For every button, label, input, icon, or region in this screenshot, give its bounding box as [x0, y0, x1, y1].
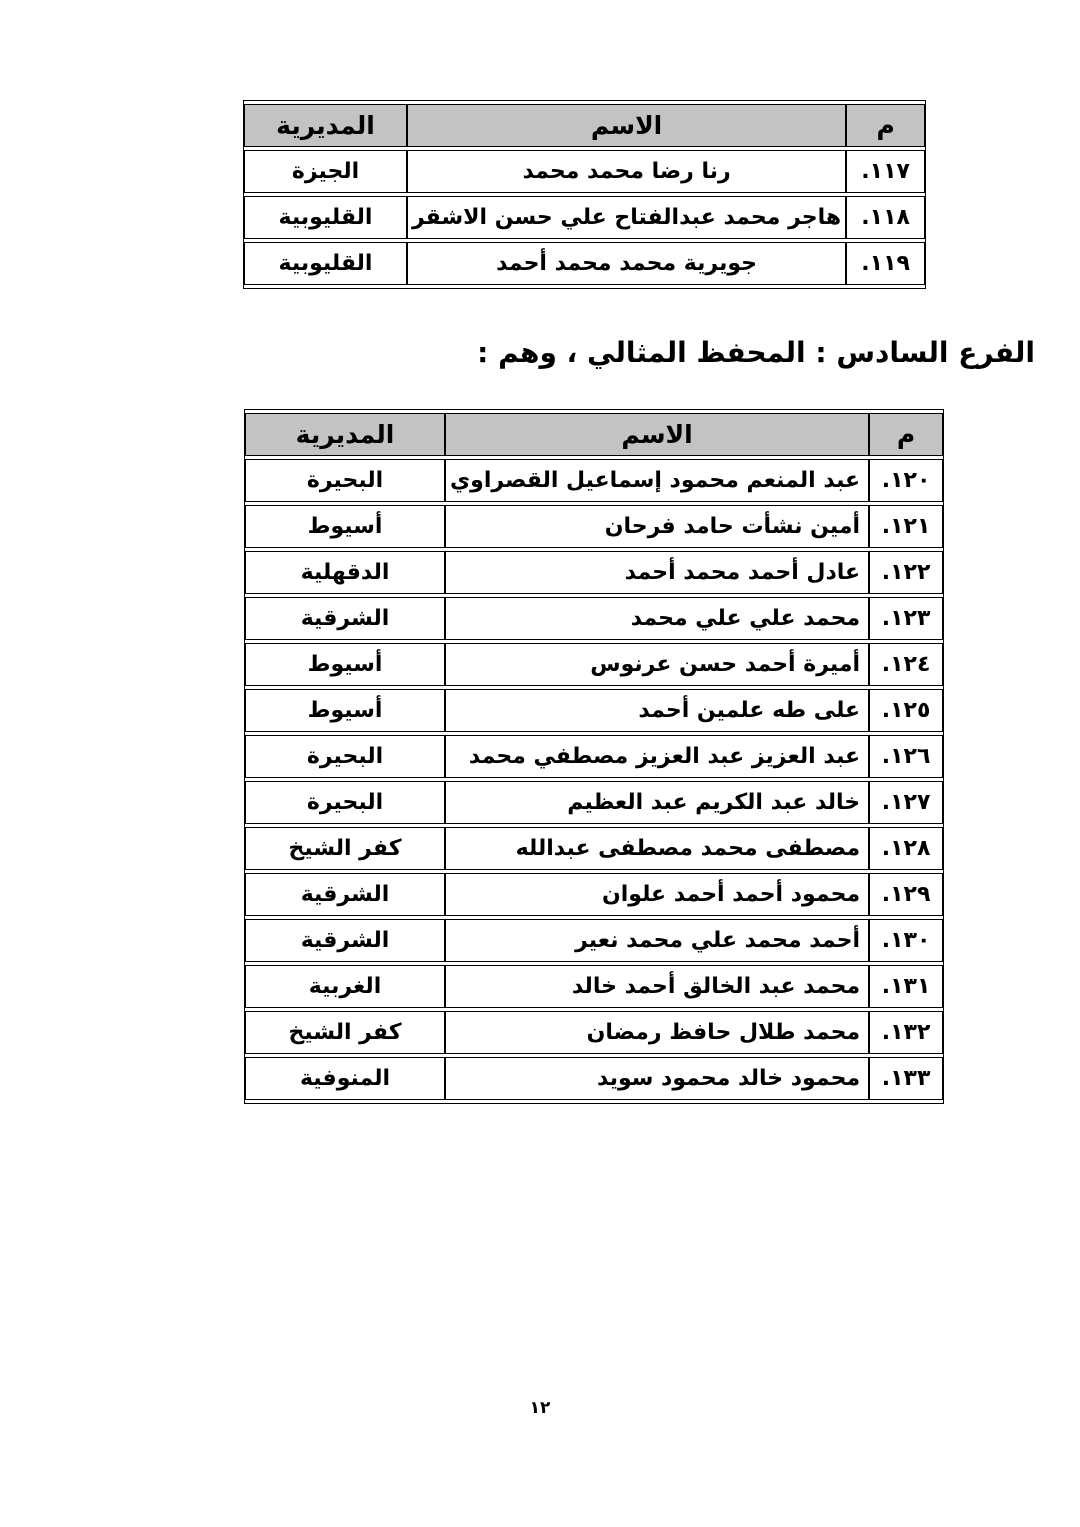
directorate-cell: كفر الشيخ [245, 827, 445, 870]
section-heading: الفرع السادس : المحفظ المثالي ، وهم : [477, 336, 1035, 369]
serial-cell: ١٣٠. [869, 919, 943, 962]
name-cell: عبد المنعم محمود إسماعيل القصراوي [445, 459, 869, 502]
directorate-cell: القليوبية [244, 242, 407, 285]
table-row: ١٢٠.عبد المنعم محمود إسماعيل القصراويالب… [245, 459, 943, 502]
serial-cell: ١٢٤. [869, 643, 943, 686]
table-row: ١٢٤.أميرة أحمد حسن عرنوسأسيوط [245, 643, 943, 686]
table-row: ١٣٠.أحمد محمد علي محمد نعيرالشرقية [245, 919, 943, 962]
table-row: ١٣٢.محمد طلال حافظ رمضانكفر الشيخ [245, 1011, 943, 1054]
document-page: م الاسم المديرية ١١٧.رنا رضا محمد محمدال… [0, 0, 1080, 1527]
serial-cell: ١٣٢. [869, 1011, 943, 1054]
serial-cell: ١٣١. [869, 965, 943, 1008]
serial-cell: ١٢٦. [869, 735, 943, 778]
serial-cell: ١٢٢. [869, 551, 943, 594]
serial-cell: ١٢٥. [869, 689, 943, 732]
roster-table-lower: م الاسم المديرية ١٢٠.عبد المنعم محمود إس… [244, 409, 944, 1104]
page-number: ١٢ [0, 1398, 1080, 1418]
serial-cell: ١١٧. [846, 150, 925, 193]
directorate-column-header: المديرية [245, 413, 445, 456]
roster-table-upper-body: ١١٧.رنا رضا محمد محمدالجيزة١١٨.هاجر محمد… [244, 150, 925, 285]
header-row: م الاسم المديرية [244, 104, 925, 147]
table-row: ١٣٣.محمود خالد محمود سويدالمنوفية [245, 1057, 943, 1100]
directorate-cell: البحيرة [245, 781, 445, 824]
name-cell: على طه علمين أحمد [445, 689, 869, 732]
table-row: ١١٧.رنا رضا محمد محمدالجيزة [244, 150, 925, 193]
directorate-cell: أسيوط [245, 643, 445, 686]
table-row: ١٢٣.محمد علي علي محمدالشرقية [245, 597, 943, 640]
directorate-cell: كفر الشيخ [245, 1011, 445, 1054]
name-cell: هاجر محمد عبدالفتاح علي حسن الاشقر [407, 196, 846, 239]
name-cell: محمد عبد الخالق أحمد خالد [445, 965, 869, 1008]
directorate-cell: المنوفية [245, 1057, 445, 1100]
serial-cell: ١١٨. [846, 196, 925, 239]
name-cell: مصطفى محمد مصطفى عبدالله [445, 827, 869, 870]
directorate-column-header: المديرية [244, 104, 407, 147]
name-cell: عبد العزيز عبد العزيز مصطفي محمد [445, 735, 869, 778]
directorate-cell: الدقهلية [245, 551, 445, 594]
name-cell: أميرة أحمد حسن عرنوس [445, 643, 869, 686]
name-column-header: الاسم [407, 104, 846, 147]
serial-cell: ١٢٧. [869, 781, 943, 824]
table-row: ١٢٨.مصطفى محمد مصطفى عبداللهكفر الشيخ [245, 827, 943, 870]
name-cell: رنا رضا محمد محمد [407, 150, 846, 193]
table-row: ١٢٧.خالد عبد الكريم عبد العظيمالبحيرة [245, 781, 943, 824]
serial-cell: ١٢٨. [869, 827, 943, 870]
directorate-cell: الغربية [245, 965, 445, 1008]
name-cell: جويرية محمد محمد أحمد [407, 242, 846, 285]
roster-table-lower-body: ١٢٠.عبد المنعم محمود إسماعيل القصراويالب… [245, 459, 943, 1100]
directorate-cell: الجيزة [244, 150, 407, 193]
serial-column-header: م [846, 104, 925, 147]
name-cell: عادل أحمد محمد أحمد [445, 551, 869, 594]
serial-cell: ١٢٩. [869, 873, 943, 916]
directorate-cell: أسيوط [245, 505, 445, 548]
name-cell: أحمد محمد علي محمد نعير [445, 919, 869, 962]
name-column-header: الاسم [445, 413, 869, 456]
table-row: ١٣١.محمد عبد الخالق أحمد خالدالغربية [245, 965, 943, 1008]
name-cell: محمود أحمد أحمد علوان [445, 873, 869, 916]
serial-column-header: م [869, 413, 943, 456]
directorate-cell: الشرقية [245, 873, 445, 916]
serial-cell: ١٢١. [869, 505, 943, 548]
directorate-cell: أسيوط [245, 689, 445, 732]
directorate-cell: البحيرة [245, 459, 445, 502]
serial-cell: ١١٩. [846, 242, 925, 285]
table-row: ١٢٦.عبد العزيز عبد العزيز مصطفي محمدالبح… [245, 735, 943, 778]
directorate-cell: البحيرة [245, 735, 445, 778]
serial-cell: ١٢٠. [869, 459, 943, 502]
table-row: ١٢٢.عادل أحمد محمد أحمدالدقهلية [245, 551, 943, 594]
table-row: ١١٩.جويرية محمد محمد أحمدالقليوبية [244, 242, 925, 285]
directorate-cell: الشرقية [245, 597, 445, 640]
roster-table-upper: م الاسم المديرية ١١٧.رنا رضا محمد محمدال… [243, 100, 926, 289]
table-row: ١٢٥.على طه علمين أحمدأسيوط [245, 689, 943, 732]
name-cell: محمود خالد محمود سويد [445, 1057, 869, 1100]
directorate-cell: الشرقية [245, 919, 445, 962]
table-row: ١٢٩.محمود أحمد أحمد علوانالشرقية [245, 873, 943, 916]
directorate-cell: القليوبية [244, 196, 407, 239]
table-row: ١١٨.هاجر محمد عبدالفتاح علي حسن الاشقرال… [244, 196, 925, 239]
name-cell: محمد طلال حافظ رمضان [445, 1011, 869, 1054]
serial-cell: ١٢٣. [869, 597, 943, 640]
name-cell: أمين نشأت حامد فرحان [445, 505, 869, 548]
name-cell: خالد عبد الكريم عبد العظيم [445, 781, 869, 824]
table-row: ١٢١.أمين نشأت حامد فرحانأسيوط [245, 505, 943, 548]
name-cell: محمد علي علي محمد [445, 597, 869, 640]
header-row: م الاسم المديرية [245, 413, 943, 456]
serial-cell: ١٣٣. [869, 1057, 943, 1100]
